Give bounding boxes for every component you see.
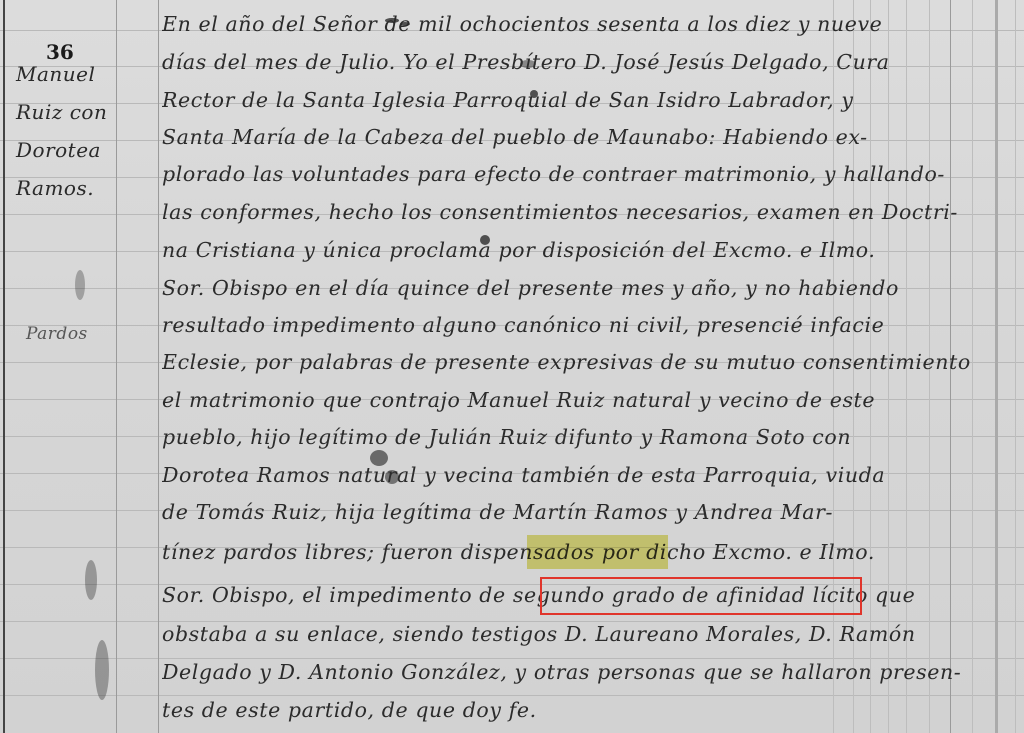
text-column-line [158,0,159,733]
body-line: el matrimonio que contrajo Manuel Ruiz n… [162,388,1002,412]
margin-note: Ramos. [16,176,94,200]
boxed-segundo-grado-de-afinidad [540,577,862,615]
ink-speck [95,640,109,700]
highlight-dispensados [527,535,668,569]
body-line: Eclesie, por palabras de presente expres… [162,350,1002,374]
body-line: obstaba a su enlace, siendo testigos D. … [162,622,1002,646]
register-page: 36 Manuel Ruiz con Dorotea Ramos. Pardos… [0,0,1024,733]
body-line: Sor. Obispo en el día quince del present… [162,276,1002,300]
margin-note: Pardos [26,324,88,344]
body-line: las conformes, hecho los consentimientos… [162,200,1002,224]
body-line: Delgado y D. Antonio González, y otras p… [162,660,1002,684]
body-line: pueblo, hijo legítimo de Julián Ruiz dif… [162,425,1002,449]
body-line: Dorotea Ramos natural y vecina también d… [162,463,1002,487]
body-line: na Cristiana y única proclama por dispos… [162,238,1002,262]
entry-number: 36 [46,40,74,64]
margin-note: Ruiz con [16,100,107,124]
body-line: plorado las voluntades para efecto de co… [162,162,1002,186]
margin-note: Manuel [16,62,95,86]
margin-column-line [116,0,117,733]
grid-line [1015,0,1016,733]
body-line: En el año del Señor de mil ochocientos s… [162,12,1002,36]
body-line: Santa María de la Cabeza del pueblo de M… [162,125,1002,149]
body-line: tes de este partido, de que doy fe. [162,698,1002,722]
ink-speck [75,270,85,300]
body-line: Rector de la Santa Iglesia Parroquial de… [162,88,1002,112]
margin-note: Dorotea [16,138,101,162]
ink-speck [85,560,97,600]
body-line: de Tomás Ruiz, hija legítima de Martín R… [162,500,1002,524]
body-line: días del mes de Julio. Yo el Presbítero … [162,50,1002,74]
body-line: resultado impedimento alguno canónico ni… [162,313,1002,337]
page-edge-line [3,0,5,733]
